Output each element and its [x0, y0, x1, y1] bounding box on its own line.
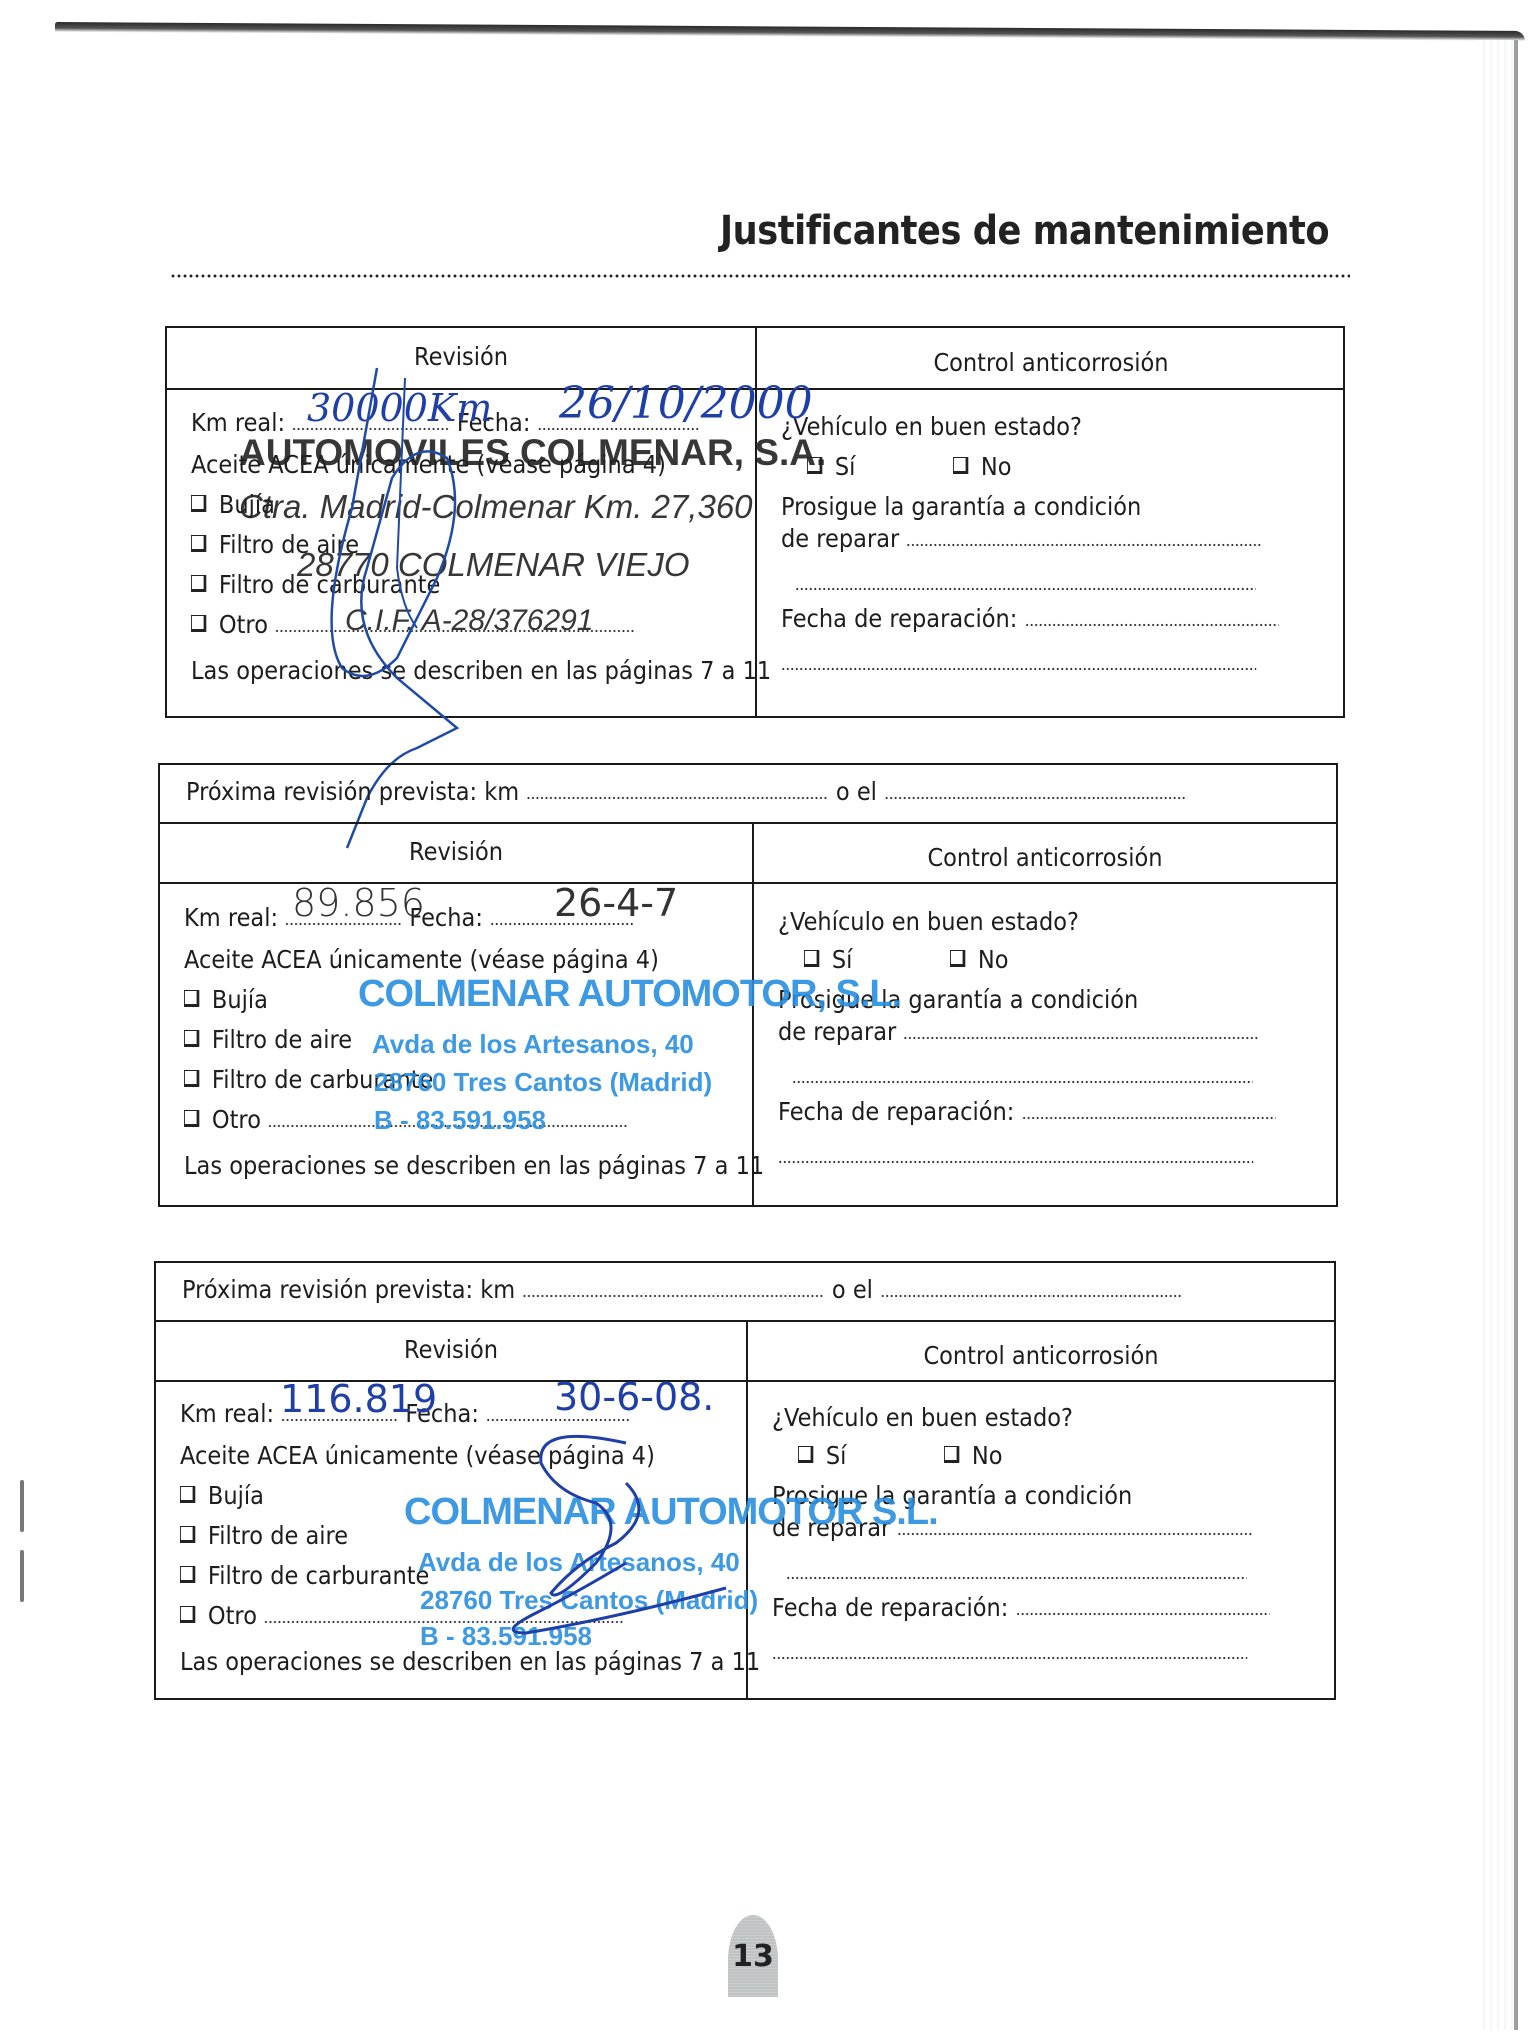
checkbox-icon [953, 457, 968, 474]
de-reparar-field[interactable]: de reparar [781, 524, 1262, 553]
checkbox-icon [804, 950, 819, 967]
checkbox-icon [184, 990, 199, 1007]
fecha-reparacion-field[interactable]: Fecha de reparación: [781, 604, 1278, 633]
revision-header: Revisión [409, 837, 503, 866]
checkbox-icon [184, 1110, 199, 1127]
reparar-extra-line[interactable] [792, 1061, 1253, 1090]
title-dotted-rule [170, 274, 1350, 278]
signature-scribble [167, 328, 767, 828]
signature-scribble [156, 1263, 856, 1713]
checkbox-filtro-aire[interactable]: Filtro de aire [184, 1025, 352, 1054]
maintenance-record-3: Próxima revisión prevista: km o el Revis… [154, 1261, 1336, 1700]
dealer-stamp-address: Avda de los Artesanos, 40 [372, 1029, 694, 1060]
operaciones-note: Las operaciones se describen en las pági… [184, 1151, 764, 1180]
proxima-revision-field[interactable]: Próxima revisión prevista: km o el [186, 777, 1186, 806]
fecha-reparacion-field[interactable]: Fecha de reparación: [778, 1097, 1275, 1126]
staple-mark [20, 1480, 24, 1532]
control-header: Control anticorrosión [927, 843, 1162, 872]
page-top-edge [55, 22, 1525, 41]
proxima-divider [160, 822, 1336, 824]
checkbox-no[interactable]: No [944, 1441, 1003, 1470]
aceite-note: Aceite ACEA únicamente (véase página 4) [184, 945, 659, 974]
dealer-stamp-name: COLMENAR AUTOMOTOR, S.L. [358, 973, 901, 1016]
de-reparar-field[interactable]: de reparar [778, 1017, 1259, 1046]
fecha-reparacion-extra-line[interactable] [778, 1141, 1253, 1170]
checkbox-bujia[interactable]: Bujía [184, 985, 268, 1014]
prosigue-text: Prosigue la garantía a condición [781, 492, 1141, 521]
control-header: Control anticorrosión [933, 348, 1168, 377]
handwritten-km: 89.856 [292, 881, 425, 925]
checkbox-si[interactable]: Sí [804, 945, 852, 974]
page-title: Justificantes de mantenimiento [720, 208, 1329, 254]
maintenance-record-2: Próxima revisión prevista: km o el Revis… [158, 763, 1338, 1207]
maintenance-record-1: Revisión Control anticorrosión Km real: … [165, 326, 1345, 718]
fecha-reparacion-extra-line[interactable] [781, 648, 1256, 677]
checkbox-icon [184, 1070, 199, 1087]
checkbox-icon [950, 950, 965, 967]
vehiculo-question: ¿Vehículo en buen estado? [778, 907, 1079, 936]
checkbox-icon [944, 1446, 959, 1463]
handwritten-date: 26-4-7 [554, 881, 678, 925]
dealer-stamp-tax-id: B - 83.591.958 [374, 1105, 546, 1136]
control-header: Control anticorrosión [923, 1341, 1158, 1370]
reparar-extra-line[interactable] [795, 568, 1256, 597]
checkbox-no[interactable]: No [953, 452, 1012, 481]
staple-mark [20, 1550, 24, 1602]
page-number-tab: 13 [728, 1915, 778, 1997]
dealer-stamp-city: 28760 Tres Cantos (Madrid) [374, 1067, 712, 1098]
checkbox-no[interactable]: No [950, 945, 1009, 974]
page-stack-edge [1478, 40, 1518, 2030]
checkbox-icon [184, 1030, 199, 1047]
